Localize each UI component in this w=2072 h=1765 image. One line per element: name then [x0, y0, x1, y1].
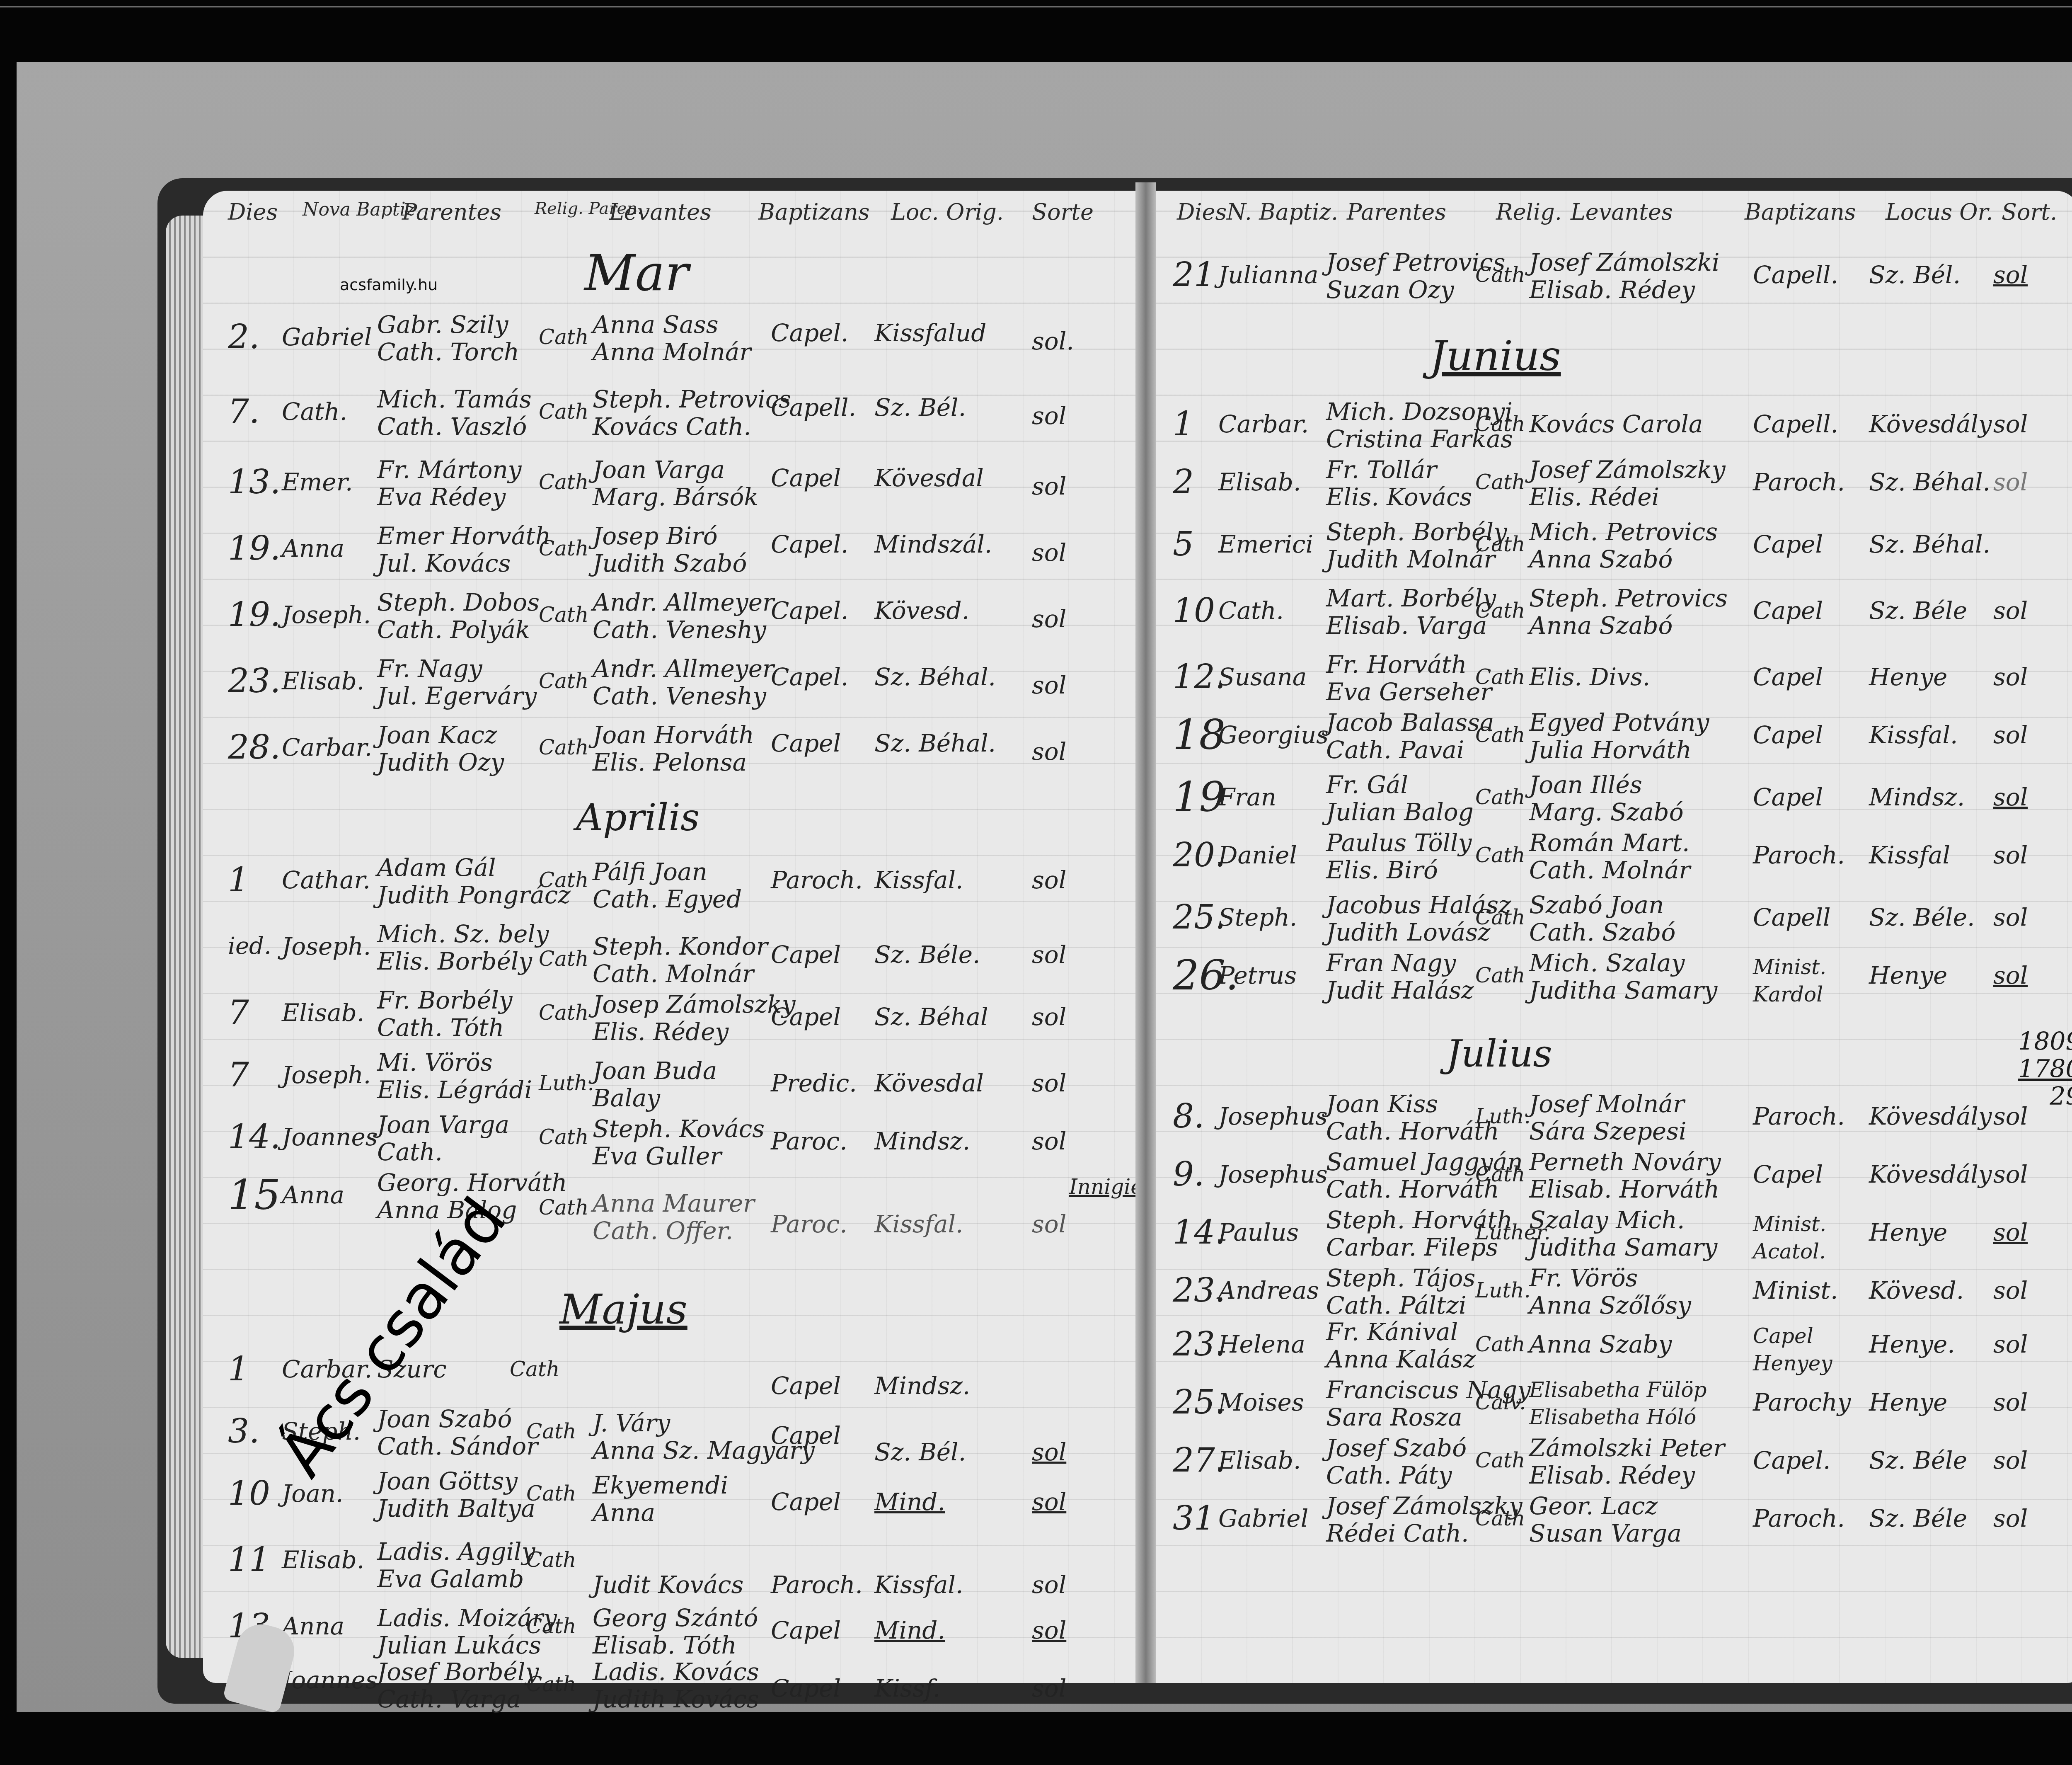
- register-entry: 15 Anna Georg. HorváthAnna Balog Cath An…: [220, 1169, 1123, 1252]
- col-header: Locus Or.: [1886, 199, 1993, 225]
- left-page-edges: [166, 216, 203, 1658]
- margin-annotation: Innigie: [1069, 1173, 1143, 1200]
- month-heading: Junius: [1430, 332, 1561, 380]
- register-entry: 31 Gabriel Josef ZámolszkyRédei Cath. Ca…: [1173, 1492, 2068, 1575]
- register-entry: 26. Petrus Fran NagyJudit Halász Cath Mi…: [1173, 949, 2068, 1032]
- right-page: Dies N. Baptiz. Parentes Relig. Levantes…: [1156, 191, 2072, 1683]
- col-header: Levantes: [1571, 199, 1673, 225]
- col-header: Levantes: [609, 199, 712, 225]
- col-header: Sorte: [1032, 199, 1094, 225]
- col-header: Parentes: [402, 199, 501, 225]
- entry-child-name: Gabriel: [282, 323, 372, 351]
- col-header: Baptizans: [758, 199, 870, 225]
- entry-religion: Cath: [539, 323, 588, 351]
- book-gutter: [1135, 182, 1156, 1683]
- col-header: Dies: [1177, 199, 1227, 225]
- col-header: Sort.: [2002, 199, 2057, 225]
- col-header: Relig.: [1496, 199, 1562, 225]
- col-header: Baptizans: [1745, 199, 1856, 225]
- register-entry: 17 Joannes Josef BorbélyCath. Varga Cath…: [220, 1658, 1123, 1741]
- col-header: Dies: [228, 199, 278, 225]
- entry-godparents: Anna SassAnna Molnár: [593, 311, 751, 366]
- month-heading: Mar: [584, 245, 689, 302]
- col-header: N. Baptiz.: [1227, 199, 1338, 225]
- register-entry: 21 Julianna Josef PetrovicsSuzan Ozy Cat…: [1173, 249, 2068, 332]
- col-header: Loc. Orig.: [891, 199, 1004, 225]
- watermark-site: acsfamily.hu: [340, 276, 438, 294]
- month-heading: Aprilis: [576, 796, 700, 839]
- entry-locality: Kissfalud: [874, 319, 987, 347]
- scan-edge-line: [0, 6, 2072, 7]
- month-heading: Julius: [1446, 1032, 1552, 1076]
- entry-parents: Gabr. SzilyCath. Torch: [377, 311, 519, 366]
- entry-baptizer: Capel.: [771, 319, 848, 347]
- entry-status: sol.: [1032, 327, 1074, 355]
- entry-day: 2.: [228, 323, 259, 351]
- col-header: Parentes: [1347, 199, 1446, 225]
- left-column-headers: Dies Nova Baptiz. Parentes Relig. Paren.…: [220, 199, 1119, 240]
- month-heading: Majus: [559, 1285, 687, 1333]
- register-entry: 28. Carbar. Joan KaczJudith Ozy Cath Joa…: [220, 721, 1123, 804]
- register-entry: 2. Gabriel Gabr. SzilyCath. Torch Cath A…: [220, 311, 1123, 394]
- right-column-headers: Dies N. Baptiz. Parentes Relig. Levantes…: [1173, 199, 2064, 240]
